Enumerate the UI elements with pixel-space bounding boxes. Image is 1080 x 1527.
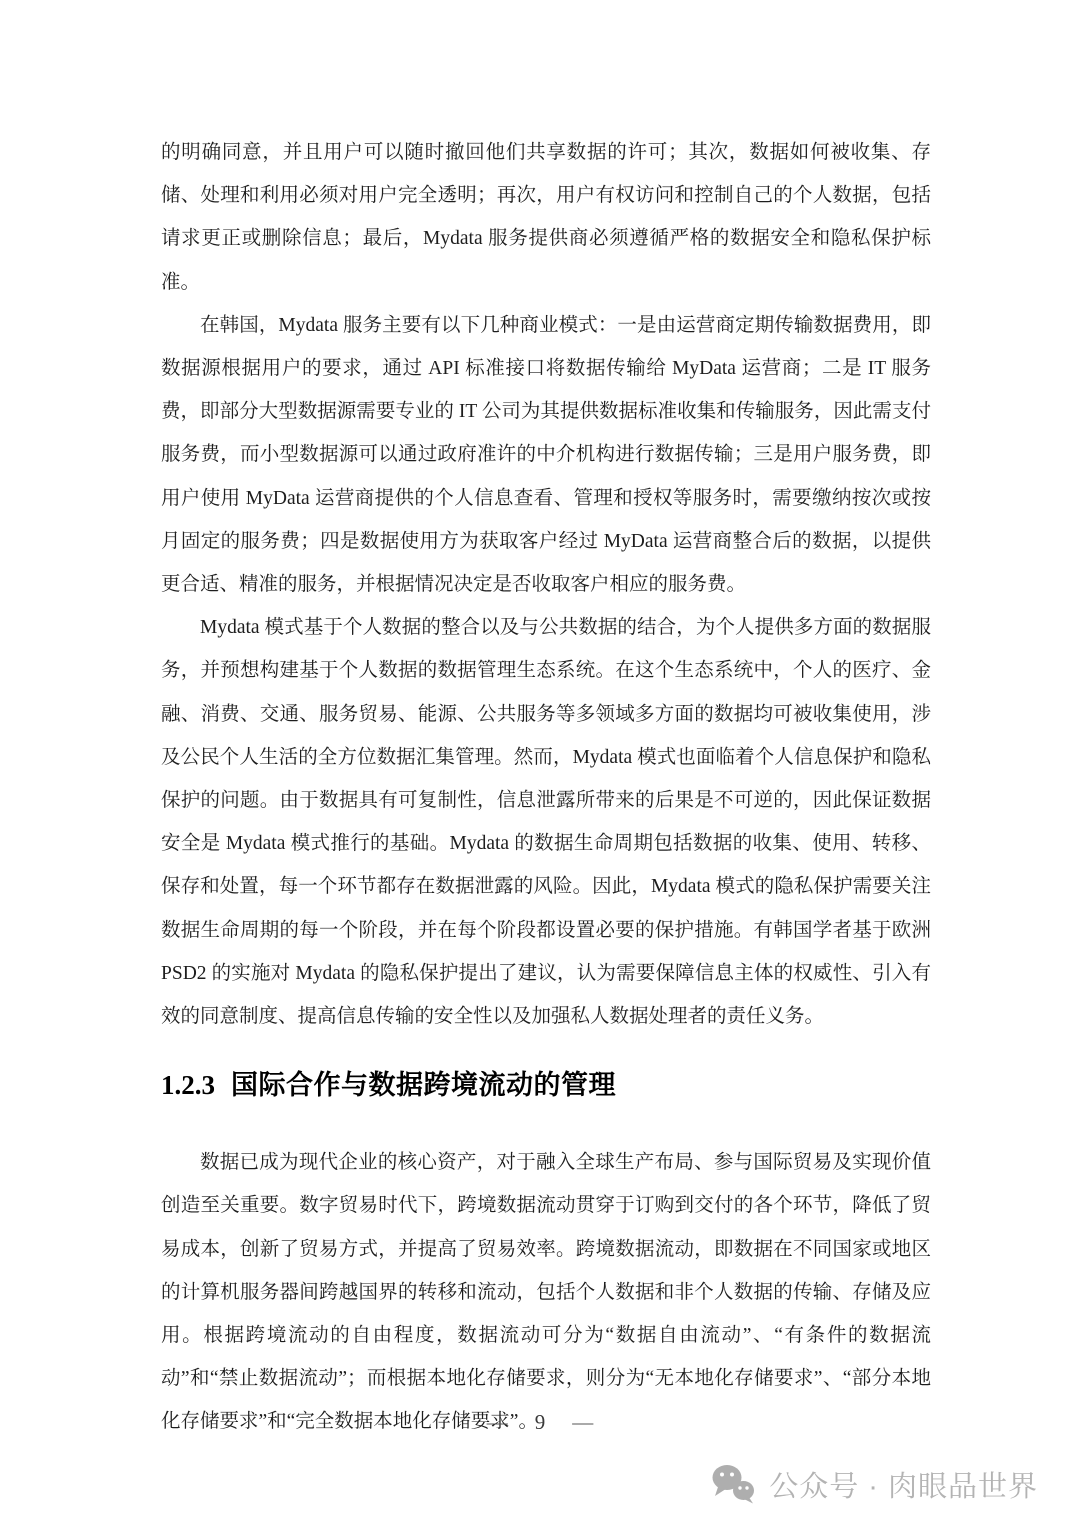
paragraph-continuation: 的明确同意，并且用户可以随时撤回他们共享数据的许可；其次，数据如何被收集、存储、… — [161, 131, 931, 304]
watermark: 公众号 · 肉眼品世界 — [711, 1458, 1038, 1510]
section-heading-number: 1.2.3 — [161, 1070, 215, 1100]
wechat-chat-bubbles-icon — [711, 1464, 757, 1504]
page-text-block: 的明确同意，并且用户可以随时撤回他们共享数据的许可；其次，数据如何被收集、存储、… — [161, 131, 931, 1444]
watermark-label: 公众号 · 肉眼品世界 — [769, 1464, 1038, 1505]
document-page: 的明确同意，并且用户可以随时撤回他们共享数据的许可；其次，数据如何被收集、存储、… — [0, 0, 1080, 1527]
section-heading: 1.2.3国际合作与数据跨境流动的管理 — [161, 1063, 931, 1102]
page-footer: — 9 — — [0, 1410, 1080, 1435]
footer-dash-left: — — [487, 1410, 508, 1435]
paragraph-mydata-ecosystem-privacy: Mydata 模式基于个人数据的整合以及与公共数据的结合，为个人提供多方面的数据… — [161, 606, 931, 1038]
paragraph-korea-business-models: 在韩国，Mydata 服务主要有以下几种商业模式：一是由运营商定期传输数据费用，… — [161, 304, 931, 606]
section-heading-title: 国际合作与数据跨境流动的管理 — [231, 1070, 616, 1100]
paragraph-cross-border-data-flow: 数据已成为现代企业的核心资产，对于融入全球生产布局、参与国际贸易及实现价值创造至… — [161, 1141, 931, 1443]
footer-dash-right: — — [572, 1410, 593, 1435]
page-number: 9 — [535, 1410, 546, 1435]
